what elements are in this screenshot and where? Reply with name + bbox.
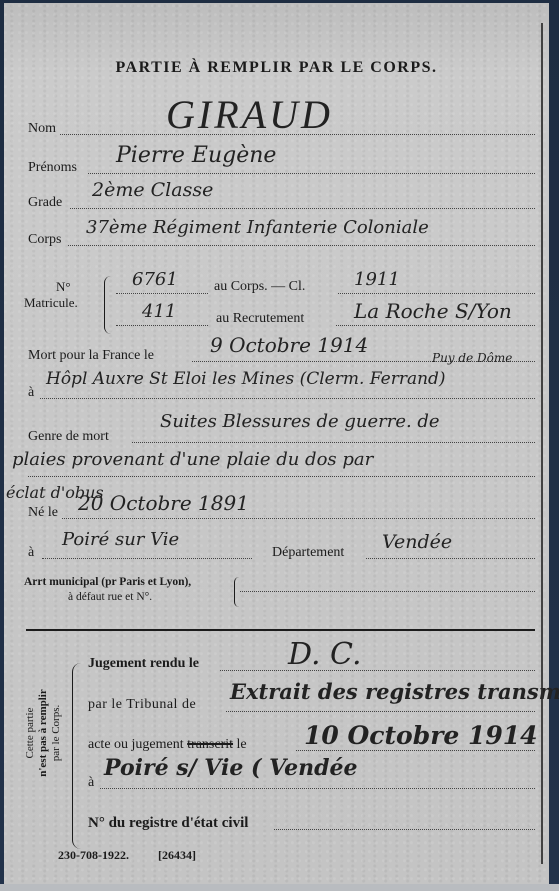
recrutement-no-value: 411 [142, 301, 176, 322]
registre-label: N° du registre d'état civil [88, 815, 248, 832]
acte-line [296, 750, 535, 751]
arrondissement-label: Arrt municipal (pr Paris et Lyon), [24, 576, 191, 588]
mort-lieu-label: à [28, 385, 34, 401]
document-page: PARTIE À REMPLIR PAR LE CORPS. Nom GIRAU… [4, 3, 549, 884]
tribunal-label: par le Tribunal de [88, 697, 196, 713]
nom-value: GIRAUD [166, 91, 333, 138]
corps-label: Corps [28, 232, 61, 248]
naissance-lieu-value: Poiré sur Vie [62, 529, 179, 550]
tribunal-line [226, 711, 535, 712]
acte-label-struck: transcrit [187, 737, 233, 752]
mort-label: Mort pour la France le [28, 348, 154, 364]
side-note-line-3: par le Corps. [50, 663, 63, 803]
prenoms-value: Pierre Eugène [116, 143, 276, 168]
grade-label: Grade [28, 195, 62, 211]
jugement-rendu-label: Jugement rendu le [88, 656, 199, 672]
side-note-line-2: n'est pas à remplir [37, 663, 50, 803]
recrutement-lieu-line [336, 325, 535, 326]
side-note: Cette partie n'est pas à remplir par le … [24, 663, 63, 803]
naissance-lieu-line [42, 558, 252, 559]
registre-line [274, 829, 535, 830]
arrondissement-sublabel: à défaut rue et N°. [68, 591, 152, 603]
prenoms-label: Prénoms [28, 160, 77, 176]
mort-date-value: 9 Octobre 1914 [210, 333, 368, 357]
departement-label: Département [272, 545, 344, 561]
tribunal-value: Extrait des registres transmis [230, 679, 559, 704]
naissance-label: Né le [28, 505, 58, 521]
naissance-date-value: 20 Octobre 1891 [78, 491, 249, 515]
corps-line [68, 245, 535, 246]
nom-label: Nom [28, 121, 56, 137]
jugement-brace [72, 663, 81, 849]
genre-mort-value-2: plaies provenant d'une plaie du dos par [12, 449, 373, 470]
classe-line [338, 293, 535, 294]
corps-no-value: 6761 [132, 269, 178, 290]
form-title: PARTIE À REMPLIR PAR LE CORPS. [4, 59, 549, 77]
print-code: 230-708-1922. [58, 848, 129, 863]
genre-mort-label: Genre de mort [28, 429, 109, 445]
corps-value: 37ème Régiment Infanterie Coloniale [86, 217, 429, 238]
grade-value: 2ème Classe [92, 179, 213, 201]
side-note-line-1: Cette partie [24, 663, 37, 803]
matricule-label: Matricule. [24, 295, 78, 311]
au-corps-label: au Corps. — Cl. [214, 279, 305, 295]
mort-lieu-annotation: Puy de Dôme [432, 351, 512, 365]
arrondissement-brace [234, 577, 239, 607]
recrutement-lieu-value: La Roche S/Yon [354, 299, 512, 323]
prenoms-line [88, 173, 535, 174]
print-ref: [26434] [158, 848, 196, 863]
genre-mort-value-1: Suites Blessures de guerre. de [160, 411, 440, 432]
corps-no-line [116, 293, 208, 294]
acte-label-a: acte ou jugement [88, 737, 187, 752]
classe-value: 1911 [354, 269, 400, 290]
acte-value: 10 Octobre 1914 [304, 721, 538, 750]
jugement-rendu-value: D. C. [288, 637, 361, 672]
matricule-label-no: N° [56, 279, 71, 295]
acte-label: acte ou jugement transcrit le [88, 737, 247, 753]
recrutement-no-line [116, 325, 208, 326]
jugement-lieu-label: à [88, 775, 94, 791]
departement-line [366, 558, 535, 559]
acte-label-b: le [233, 737, 247, 752]
jugement-rendu-line [220, 670, 535, 671]
departement-value: Vendée [382, 531, 452, 553]
au-recrutement-label: au Recrutement [216, 311, 304, 327]
naissance-date-line [62, 518, 535, 519]
jugement-lieu-value: Poiré s/ Vie ( Vendée [104, 755, 358, 781]
genre-mort-line-1 [132, 442, 535, 443]
jugement-lieu-line [100, 788, 535, 789]
naissance-lieu-label: à [28, 545, 34, 561]
arrondissement-line [240, 591, 535, 592]
mort-lieu-line [40, 398, 535, 399]
genre-mort-line-2 [28, 476, 535, 477]
matricule-brace [104, 276, 111, 334]
mort-lieu-value: Hôpl Auxre St Eloi les Mines (Clerm. Fer… [46, 369, 446, 389]
section-divider [26, 629, 535, 631]
viewer-bottom-bar [0, 884, 559, 891]
grade-line [70, 208, 535, 209]
